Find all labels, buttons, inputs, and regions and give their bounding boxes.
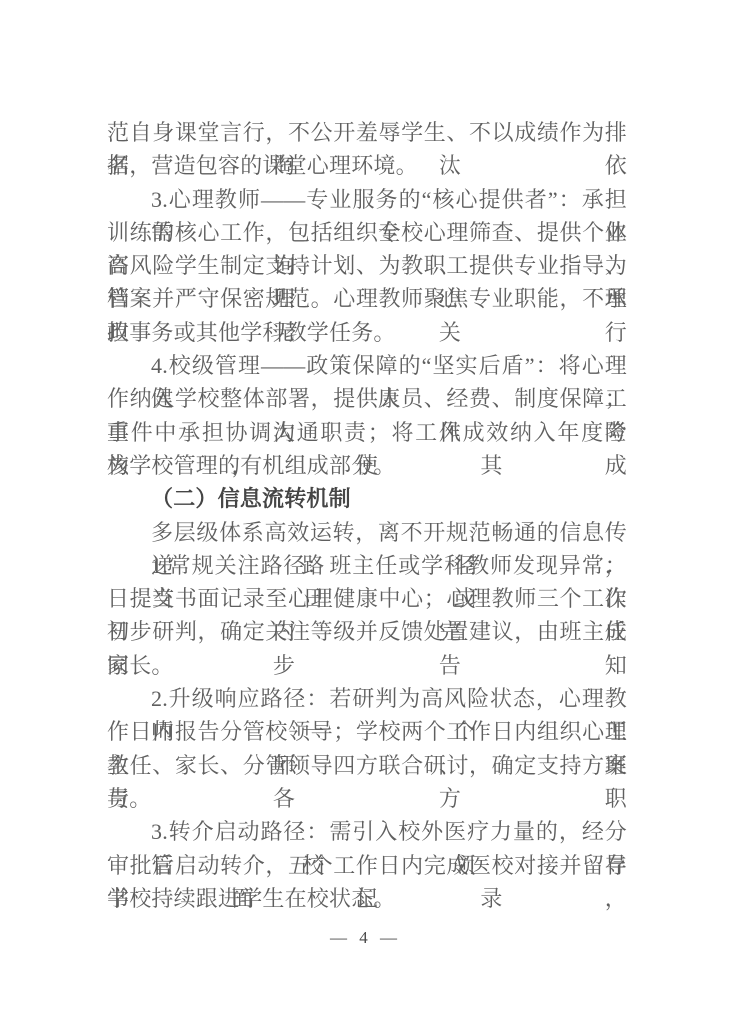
document-line: 3.心理教师——专业服务的“核心提供者”：承担需专业 [107, 183, 627, 216]
document-line: 作日内报告分管校领导；学校两个工作日内组织心理教师、班 [107, 715, 627, 748]
document-page: 范自身课堂言行，不公开羞辱学生、不以成绩作为排名淘汰依据，营造包容的课堂心理环境… [0, 0, 731, 1024]
document-line: 范自身课堂言行，不公开羞辱学生、不以成绩作为排名淘汰依 [107, 116, 627, 149]
document-line: 2.升级响应路径：若研判为高风险状态，心理教师一个工 [107, 682, 627, 715]
document-line: 审批后启动转介，五个工作日内完成医校对接并留存书面记录， [107, 849, 627, 882]
document-body: 范自身课堂言行，不公开羞辱学生、不以成绩作为排名淘汰依据，营造包容的课堂心理环境… [107, 116, 627, 915]
document-line: 日提交书面记录至心理健康中心；心理教师三个工作日内完成 [107, 582, 627, 615]
document-line: 3.转介启动路径：需引入校外医疗力量的，经分管校领导 [107, 815, 627, 848]
document-line: 1.常规关注路径：班主任或学科教师发现异常，当日或次 [107, 549, 627, 582]
section-heading: （二）信息流转机制 [107, 482, 627, 515]
document-line: 事件中承担协调沟通职责；将工作成效纳入年度考核，使其成 [107, 416, 627, 449]
document-line: 档案并严守保密规范。心理教师聚焦专业职能，不承担无关行 [107, 282, 627, 315]
document-line: 训练的核心工作，包括组织全校心理筛查、提供个体咨询、为 [107, 216, 627, 249]
document-line: 初步研判，确定关注等级并反馈处置建议，由班主任同步告知 [107, 615, 627, 648]
document-line: 多层级体系高效运转，离不开规范畅通的信息传递路径： [107, 516, 627, 549]
document-line: 4.校级管理——政策保障的“坚实后盾”：将心理健康工 [107, 349, 627, 382]
document-line: 主任、家长、分管领导四方联合研讨，确定支持方案与各方职 [107, 749, 627, 782]
page-number: — 4 — [0, 928, 731, 948]
document-line: 高风险学生制定支持计划、为教职工提供专业指导、管理心理 [107, 249, 627, 282]
document-line: 作纳入学校整体部署，提供人员、经费、制度保障；重大风险 [107, 382, 627, 415]
